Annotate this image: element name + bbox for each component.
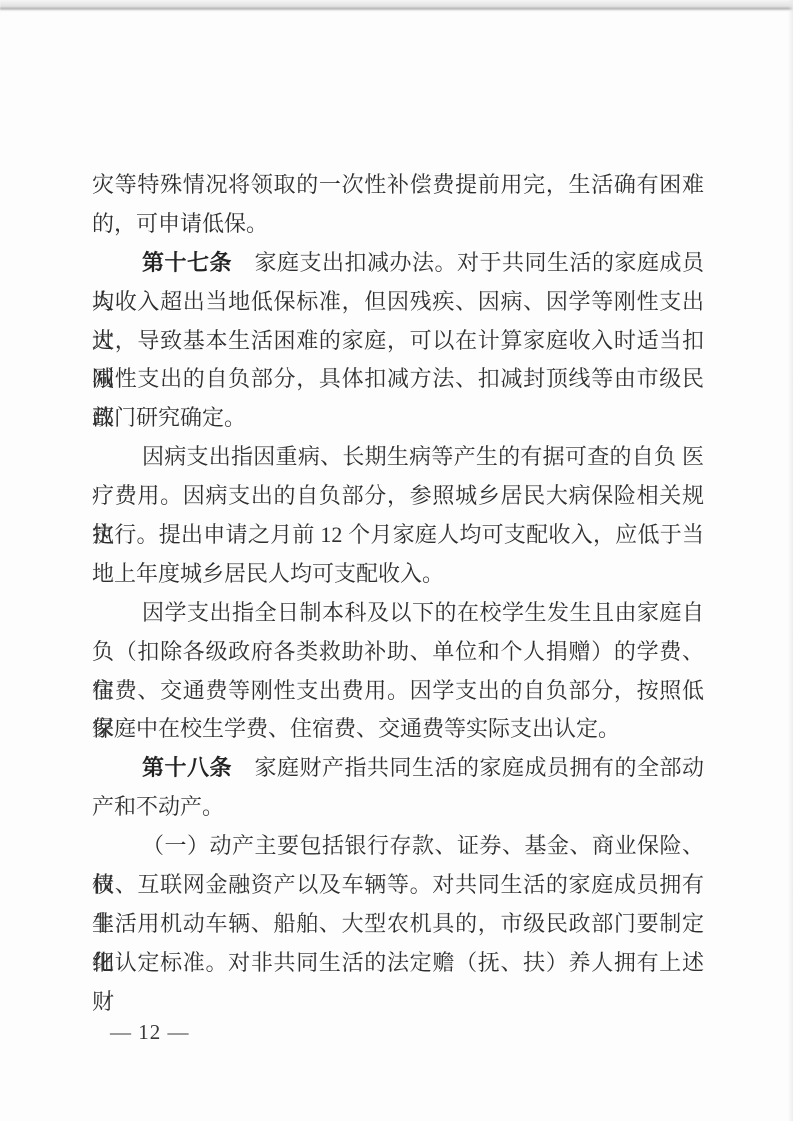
body-line: 化认定标准。对非共同生活的法定赡（抚、扶）养人拥有上述财 (92, 944, 704, 983)
body-line: （一）动产主要包括银行存款、证券、基金、商业保险、债 (92, 827, 704, 866)
body-line: 因学支出指全日制本科及以下的在校学生发生且由家庭自 (92, 594, 704, 633)
page-footer: — 12 — (110, 1018, 190, 1046)
article-heading-text: 家庭财产指共同生活的家庭成员拥有的全部动 (232, 755, 704, 780)
body-line: 宿费、交通费等刚性支出费用。因学支出的自负部分，按照低保 (92, 672, 704, 711)
body-line: 负（扣除各级政府各类救助补助、单位和个人捐赠）的学费、住 (92, 633, 704, 672)
body-line: 均收入超出当地低保标准，但因残疾、因病、因学等刚性支出过 (92, 283, 704, 322)
article-number: 第十七条 (142, 250, 232, 275)
page-number: — 12 — (110, 1020, 190, 1044)
scan-right-edge (788, 0, 793, 1121)
body-line: 权、互联网金融资产以及车辆等。对共同生活的家庭成员拥有非 (92, 866, 704, 905)
body-line: 因病支出指因重病、长期生病等产生的有据可查的自负 医 (92, 438, 704, 477)
scan-top-edge (0, 0, 793, 11)
body-line: 的，可申请低保。 (92, 205, 704, 244)
body-line: 生活用机动车辆、船舶、大型农机具的，市级民政部门要制定细 (92, 905, 704, 944)
body-line: 疗费用。因病支出的自负部分，参照城乡居民大病保险相关规定 (92, 477, 704, 516)
body-line: 家庭中在校生学费、住宿费、交通费等实际支出认定。 (92, 710, 704, 749)
body-line: 大，导致基本生活困难的家庭，可以在计算家庭收入时适当扣减 (92, 322, 704, 361)
body-line: 刚性支出的自负部分，具体扣减方法、扣减封顶线等由市级民政 (92, 360, 704, 399)
body-line: 产和不动产。 (92, 788, 704, 827)
body-line: 部门研究确定。 (92, 399, 704, 438)
article-heading-line: 第十八条 家庭财产指共同生活的家庭成员拥有的全部动 (92, 749, 704, 788)
body-line: 地上年度城乡居民人均可支配收入。 (92, 555, 704, 594)
document-body: 灾等特殊情况将领取的一次性补偿费提前用完，生活确有困难 的，可申请低保。 第十七… (92, 166, 704, 983)
body-line: 执行。提出申请之月前 12 个月家庭人均可支配收入，应低于当 (92, 516, 704, 555)
document-page: 灾等特殊情况将领取的一次性补偿费提前用完，生活确有困难 的，可申请低保。 第十七… (0, 0, 793, 1121)
body-line: 灾等特殊情况将领取的一次性补偿费提前用完，生活确有困难 (92, 166, 704, 205)
article-heading-line: 第十七条 家庭支出扣减办法。对于共同生活的家庭成员人 (92, 244, 704, 283)
article-number: 第十八条 (142, 755, 232, 780)
